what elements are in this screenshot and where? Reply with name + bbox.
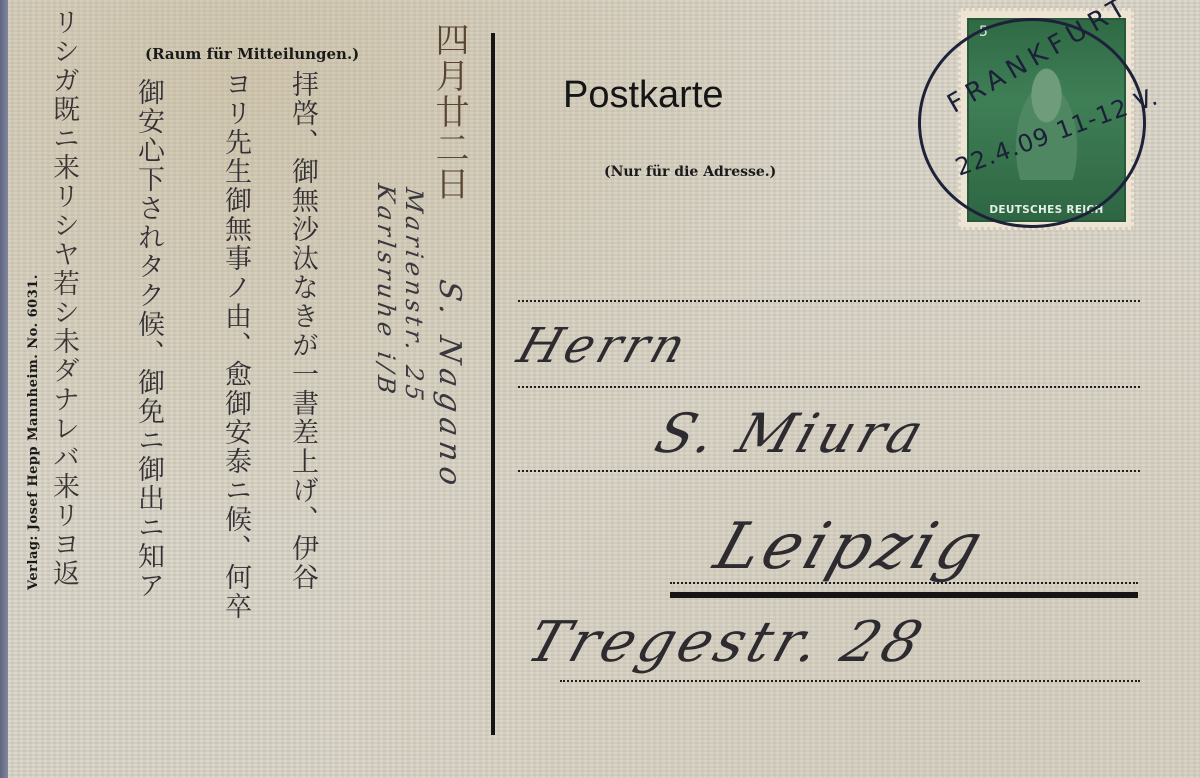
address-city: Leipzig [706, 510, 995, 584]
postcard-title: Postkarte [563, 74, 724, 117]
address-salutation: Herrn [511, 318, 696, 374]
sender-address-line2: Karlsruhe i/B [372, 182, 400, 399]
message-area-label: (Raum für Mitteilungen.) [145, 45, 359, 63]
message-column-4: リシガ既ニ来リシヤ若シ未ダナレバ来リヨ返 [50, 8, 77, 588]
sender-address-line1: Marienstr. 25 [400, 186, 428, 406]
address-line-5 [560, 680, 1140, 682]
message-date: 四月廿二日 [432, 22, 466, 202]
address-area-label: (Nur für die Adresse.) [604, 164, 776, 180]
center-divider [491, 33, 495, 735]
message-column-2: ヨリ先生御無事ノ由、愈御安泰ニ候、何卒 [222, 70, 249, 621]
city-underline [670, 592, 1138, 598]
address-line-2 [518, 386, 1140, 388]
address-line-3 [518, 470, 1140, 472]
address-line-1 [518, 300, 1140, 302]
publisher-imprint: Verlag: Josef Hepp Mannheim. No. 6031. [26, 274, 41, 590]
sender-address: Marienstr. 25 Karlsruhe i/B [372, 182, 428, 406]
address-street: Tregestr. 28 [519, 610, 933, 675]
message-column-1: 拝啓、御無沙汰なきが一書差上げ、伊谷 [289, 70, 316, 592]
sender-name: S. Nagano [432, 277, 467, 494]
message-column-3: 御安心下されタク候、御免ニ御出ニ知ア [135, 78, 162, 600]
address-name: S. Miura [648, 402, 935, 465]
